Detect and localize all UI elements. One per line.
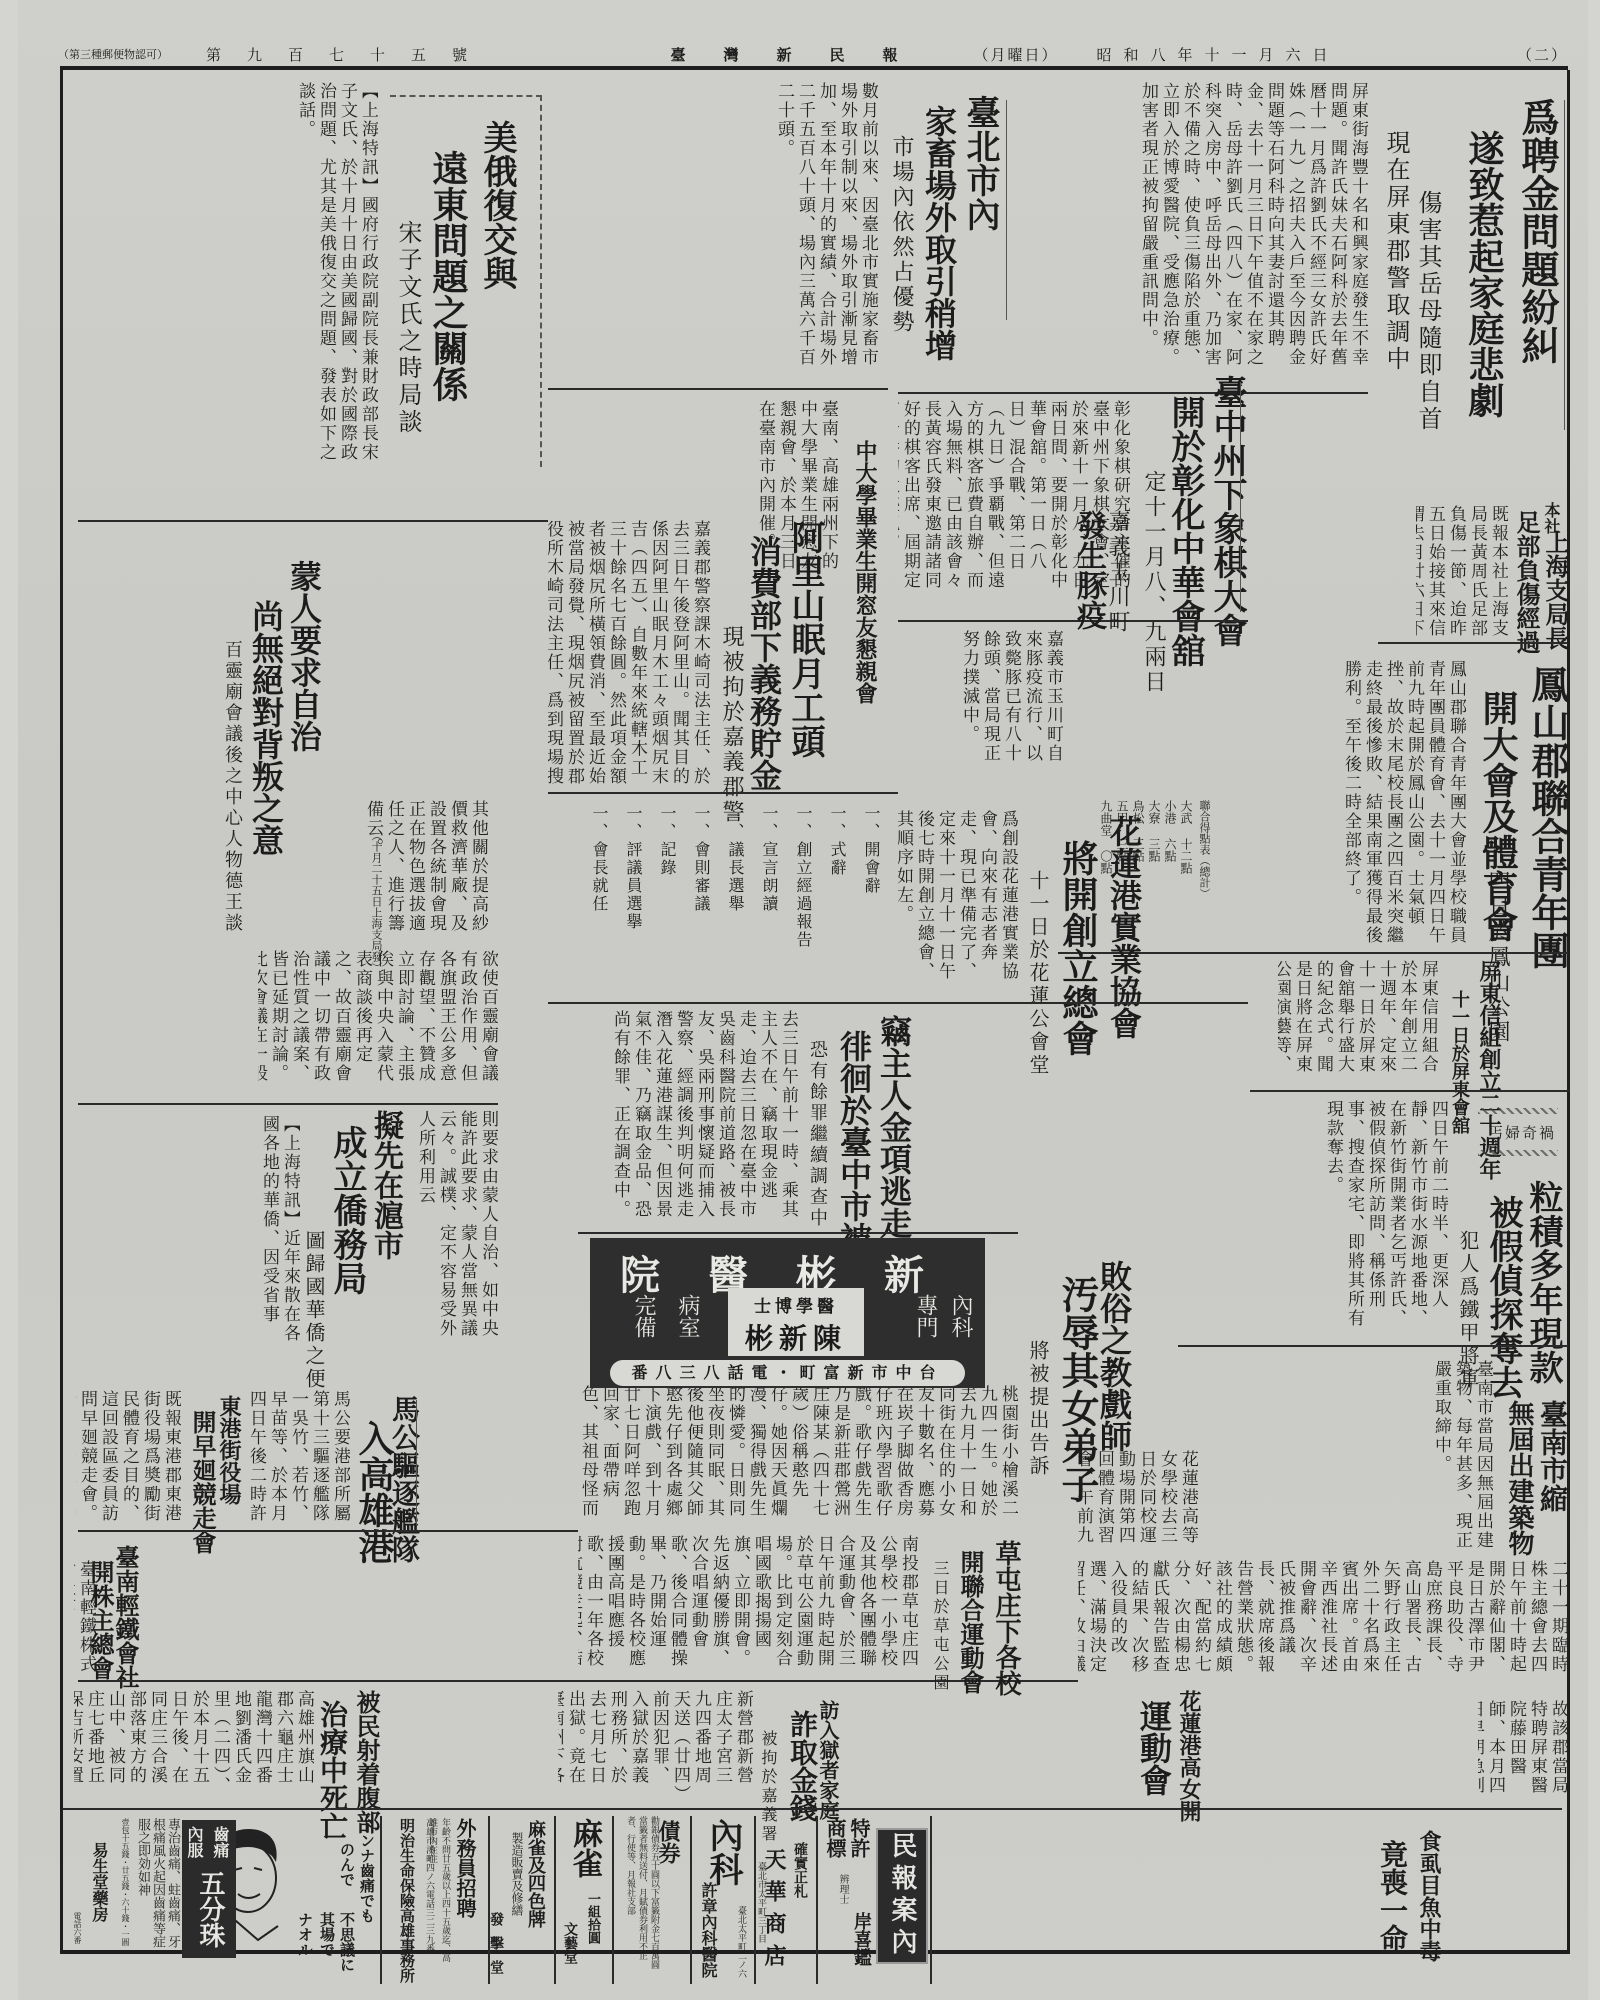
headline-mako-2: 入高雄港 bbox=[356, 1420, 392, 1564]
product-label: 齒痛 內服 五分珠 bbox=[182, 1820, 236, 1958]
headline-tainan-1: 臺南市縮 bbox=[1538, 1400, 1566, 1512]
subhead-chess: 定十一月八、九兩日 bbox=[1142, 470, 1164, 695]
doctor-name: 陳新彬 bbox=[728, 1317, 864, 1357]
headline-opera-1: 敗俗之教戲師 bbox=[1098, 1260, 1130, 1452]
mahjong-headline: 麻雀 bbox=[562, 1818, 606, 1878]
headline-girls-1: 花蓮港高女開 bbox=[1178, 1690, 1200, 1822]
agenda-item: 一、宣言朗讀 bbox=[760, 805, 779, 913]
newspaper-page: （第三種郵便物認可） 第九百七十五號 臺灣新民報 （月曜日） 昭和八年十一月六日… bbox=[18, 0, 1588, 2000]
score-points: 六點 bbox=[1163, 838, 1177, 862]
article-body-autopsy: 故該郡當局特聘屏東醫院藤田醫師、本月四日早朝急到現場、將該死體附於解剖、其結果如… bbox=[1478, 1700, 1568, 1800]
article-body-hualien: 爲創設花蓮港實業協會、向來有志者奔走、現已準備完了、定來十一月十一日午後七時開創… bbox=[898, 810, 1018, 990]
agenda-item: 一、式辭 bbox=[828, 805, 847, 877]
article-body-opera: 桃園街小檜溪二九四一生。她於去九月十一日和同街在住的小女友十數名、應募在崁子脚做… bbox=[578, 1385, 1018, 1525]
score-points: 三點 bbox=[1131, 838, 1145, 862]
score-team: 九曲堂 bbox=[1099, 800, 1113, 836]
ad-meiji-life[interactable]: 外務員招聘 年齡不問廿五歲以上四十五歲迄、高雄市內在住 高雄市湊町四ノ六電話三二… bbox=[386, 1812, 486, 1988]
ad-bonds[interactable]: 債券 勸銀債券五十圓以下富籤附金七百萬圓當籤者無料送付、月賦債券利用不正者、行使… bbox=[616, 1812, 688, 1988]
headline-livestock-1: 臺北市內 bbox=[963, 95, 997, 231]
slogan-line: 不思議に bbox=[337, 1912, 358, 1972]
agenda-item: 一、會長就任 bbox=[590, 805, 609, 913]
product-price: 壹包十五錢・廿五錢・六十錢・一圓 bbox=[120, 1818, 131, 1958]
article-body-anniversary: 屏東信用組合於本年創立二十週年、定來十一日於屏東會舘舉行盛大的紀念式。聞是日將在… bbox=[1278, 960, 1438, 1090]
agenda-item: 一、開會辭 bbox=[862, 805, 881, 895]
slogan-line: 其場で bbox=[317, 1912, 338, 1957]
specialty-1: 內科 bbox=[945, 1294, 976, 1338]
wavy-rule bbox=[1478, 1150, 1558, 1156]
headline-caotun-2: 開聯合運動會 bbox=[958, 1550, 982, 1694]
mahjong-shop: 文藝堂 bbox=[560, 1922, 580, 1964]
product-name: 五分珠 bbox=[192, 1870, 229, 1948]
ad-yishengtang[interactable]: ドンナ齒痛でも のんで 不思議に 其場で ナオル 齒痛 內服 五分珠 專治齒痛、… bbox=[68, 1812, 378, 1988]
divider bbox=[1178, 1345, 1568, 1347]
divider bbox=[1006, 100, 1007, 320]
score-points: 三點 bbox=[1115, 838, 1129, 862]
ad-mahjong-fajing[interactable]: 麻雀及四色牌 製造販賣及修繕 發擊堂 bbox=[492, 1812, 552, 1988]
page-number: （二） bbox=[1517, 44, 1568, 65]
clinic-address: 臺北太平町二ノ六 bbox=[735, 1906, 748, 1978]
article-body-detective: 四日午前二時半、更深人靜、新竹市街水源地番地、在新竹街開業者乞丐許氏、被假偵探所… bbox=[1178, 1100, 1448, 1340]
ad-internal-medicine[interactable]: 內科 許章內科醫院 臺北太平町二ノ六 bbox=[694, 1812, 752, 1988]
ad-tianhua[interactable]: 確實正札 天華商店 臺北市太平町三丁目 bbox=[758, 1812, 814, 1988]
headline-alishan-2: 消費部下義務貯金 bbox=[748, 535, 780, 791]
subhead-livestock: 市場內依然占優勢 bbox=[890, 135, 912, 335]
hualien-agenda: 一、開會辭 一、式辭 一、創立經過報告 一、宣言朗讀 一、議長選舉 一、會則審議… bbox=[578, 805, 888, 995]
issue-number: 第九百七十五號 bbox=[206, 44, 493, 65]
ad-separator bbox=[930, 1816, 932, 1984]
headline-fish-1: 食虱目魚中毒 bbox=[1418, 1830, 1440, 1962]
headline-livestock-2: 家畜場外取引稍增 bbox=[923, 105, 955, 361]
agenda-item: 一、評議員選擧 bbox=[624, 805, 643, 931]
ad-patent[interactable]: 特許 商標 辨理士 岸喜鑑 bbox=[818, 1812, 878, 1988]
score-team: 大武 bbox=[1179, 800, 1193, 824]
article-body-railway: 臺南輕鐵株式會社第 bbox=[74, 1560, 96, 1680]
meiji-headline: 外務員招聘 bbox=[451, 1818, 480, 1918]
score-team: 鳥松 bbox=[1131, 800, 1145, 824]
article-body-chiayi: 嘉義市玉川町自來豚疫流行、以致斃豚已有八十餘頭、當局現正努力撲滅中。 bbox=[898, 630, 1063, 780]
divider bbox=[78, 1103, 498, 1105]
tianhua-tag: 確實正札 bbox=[790, 1842, 810, 1898]
score-table: 聯合得點表（總計） 大武 十二點 小港 六點 大寮 三點 鳥松 三點 五甲 三點… bbox=[1062, 800, 1212, 950]
score-points: 三點 bbox=[1147, 838, 1161, 862]
article-body-shareholders: 二十一期臨時株主總會去四日午前十時起開於辭仙閣、是日古澤市尹平良助役、寺島庶務課… bbox=[1078, 1560, 1568, 1690]
divider bbox=[1378, 642, 1568, 644]
agenda-item: 一、會則審議 bbox=[692, 805, 711, 913]
article-body-shanghai: 既報本社上海支局長黃周氏足部負傷一節、迨昨五日始接其來信謂去月廿六日下午出門欲訪… bbox=[1416, 505, 1508, 645]
meiji-address: 高雄市湊町四ノ六電話三二三九番 bbox=[423, 1818, 436, 1968]
doctor-title: 醫學博士 bbox=[728, 1292, 864, 1317]
clinic-headline: 內科 bbox=[699, 1818, 748, 1886]
facility-2: 完備 bbox=[628, 1294, 659, 1338]
headline-fraud-1: 訪入獄者家庭 bbox=[818, 1700, 838, 1820]
divider bbox=[548, 388, 888, 390]
ad-guide-label[interactable]: 民報案內 bbox=[876, 1828, 928, 1964]
ad-separator bbox=[690, 1816, 692, 1984]
headline-caotun-1: 草屯庄下各校 bbox=[993, 1540, 1019, 1696]
article-body-alishan: 嘉義郡警察課木崎司法主任、於去三日午後登阿里山。聞其目的係因阿里山眠月木工々頭烟… bbox=[548, 520, 710, 790]
divider bbox=[578, 1232, 1018, 1234]
headline-shanghai-1: 上海支局長 bbox=[1543, 530, 1567, 650]
score-table-title: 聯合得點表（總計） bbox=[1196, 800, 1212, 899]
headline-mongol-2: 尚無絕對背叛之意 bbox=[250, 600, 282, 856]
headline-anniversary-1: 屏東信組創立二十週年 bbox=[1478, 960, 1500, 1180]
headline-chess-2: 開於彰化中華會舘 bbox=[1168, 395, 1202, 667]
score-rows: 大武 十二點 小港 六點 大寮 三點 鳥松 三點 五甲 三點 九曲堂 〇點 bbox=[1098, 800, 1194, 874]
newspaper-title: 臺灣新民報 bbox=[670, 44, 935, 65]
mahjong1-body: 製造販賣及修繕 bbox=[509, 1832, 526, 1916]
score-points: 十二點 bbox=[1179, 838, 1193, 874]
tag-beggar: 丐婦奇禍 bbox=[1488, 1122, 1556, 1143]
masthead: （第三種郵便物認可） 第九百七十五號 臺灣新民報 （月曜日） 昭和八年十一月六日… bbox=[58, 42, 1568, 66]
subhead-pingtung-2: 現在屏東郡警取調中 bbox=[1384, 130, 1408, 373]
headline-pig-disease: 發生豚疫 bbox=[1073, 510, 1103, 630]
ad-hospital-address-bar: 台中市新富町・電話八三八番 bbox=[590, 1358, 985, 1388]
subhead-caotun: 三日於草屯公園 bbox=[932, 1560, 948, 1693]
article-body-shot: 高雄州旗山郡六龜庄士龍灣十四番地劉潘氏金里（二四）、於本月十五日午後、在同庄三合… bbox=[74, 1690, 314, 1800]
divider bbox=[78, 1530, 578, 1532]
patent-name: 岸喜鑑 bbox=[848, 1912, 874, 1966]
license-note: （第三種郵便物認可） bbox=[58, 46, 168, 62]
article-body-ocac-3 bbox=[78, 1110, 248, 1350]
subhead-pingtung-1: 傷害其岳母隨即自首 bbox=[1416, 190, 1440, 433]
clinic-name: 許章內科醫院 bbox=[697, 1882, 720, 1978]
headline-donggang-1: 東港街役場 bbox=[218, 1395, 240, 1505]
article-body-fengshan: 鳳山郡聯合青年團大會並學校職員青年團員體育會、去十一月四日午前九時起開於鳳山公園… bbox=[1286, 660, 1466, 950]
ad-separator bbox=[754, 1816, 756, 1984]
headline-pingtung-1: 爲聘金問題紛糾 bbox=[1518, 98, 1556, 364]
ad-separator bbox=[380, 1816, 382, 1984]
ads-top-rule bbox=[62, 1808, 1562, 1810]
article-body-pingtung: 屏東街海豐十名和興家庭發生不幸問題。聞許氏妹夫石阿科於去年舊曆十一月爲許劉氏不經… bbox=[1078, 82, 1368, 382]
score-team: 五甲 bbox=[1115, 800, 1129, 824]
product-headline-1: 齒痛 bbox=[209, 1826, 232, 1858]
headline-girls-2: 運動會 bbox=[1138, 1700, 1170, 1796]
specialty-2: 專門 bbox=[910, 1294, 941, 1338]
location-chiayi: 嘉義玉川町 bbox=[1106, 510, 1128, 635]
divider bbox=[1240, 382, 1241, 612]
article-body-caotun: 南投郡草屯庄四公學校一小學校及其他各團體聯合運動會、於三日午前九時起開於草屯公園… bbox=[578, 1535, 918, 1675]
divider bbox=[898, 392, 1368, 394]
headline-opera-2: 汚辱其女弟子 bbox=[1058, 1275, 1096, 1503]
article-body-tainan: 臺南市當局因無屆出建築物、每年甚多、現正嚴重取締中。 bbox=[1398, 1360, 1493, 1550]
headline-railway-1: 臺南輕鐵會社 bbox=[113, 1545, 137, 1689]
divider bbox=[416, 1400, 417, 1525]
publication-date: 昭和八年十一月六日 bbox=[1097, 44, 1340, 65]
divider bbox=[1250, 1090, 1570, 1092]
article-body-usrussia: 【上海特訊】國府行政院副院長兼財政部長宋子文氏、於十月十日由美國歸國、對於國際政… bbox=[78, 82, 378, 462]
divider bbox=[548, 792, 898, 794]
headline-mongol-1: 蒙人要求自治 bbox=[288, 560, 320, 752]
wavy-rule bbox=[1478, 1108, 1558, 1114]
headline-chess-1: 臺中州下象棋大會 bbox=[1210, 375, 1244, 647]
ad-mahjong-wenyi[interactable]: 麻雀 一組拾圓 文藝堂 bbox=[558, 1812, 612, 1988]
headline-alumni: 中大學畢業生開窓友懇親會 bbox=[854, 440, 876, 704]
subhead-opera: 將被提出告訴 bbox=[1028, 1340, 1048, 1478]
ad-separator bbox=[612, 1816, 614, 1984]
score-team: 大寮 bbox=[1147, 800, 1161, 824]
mahjong-price: 一組拾圓 bbox=[583, 1892, 602, 1944]
headline-ocac-1: 擬先在滬市 bbox=[370, 1110, 400, 1260]
patent-title: 辨理士 bbox=[835, 1874, 850, 1904]
headline-detective-1: 粒積多年現款 bbox=[1526, 1180, 1560, 1384]
divider bbox=[1564, 100, 1565, 430]
slogan-line: のんで bbox=[337, 1842, 358, 1887]
score-points: 〇點 bbox=[1099, 850, 1113, 874]
subhead-mongol: 百靈廟會議後之中心人物德王談 bbox=[223, 640, 241, 934]
headline-anniversary-2: 十一日於屏東會舘 bbox=[1450, 990, 1468, 1134]
doctor-box: 醫學博士 陳新彬 bbox=[728, 1288, 864, 1356]
article-body-mongol-2: 欲使百靈廟會議有政治作用、但各旗盟王公多意存觀望、不贊成立即討論、主張俟與中央入… bbox=[258, 950, 498, 1100]
article-body-ocac: 【上海特訊】近年來散在各國各地的華僑、因受省事變、內外多難、未遑及此。但是僑委會… bbox=[260, 1115, 300, 1345]
article-body-donggang: 既報東港郡東港街役場爲奬勵街民體育之目的、這回設區委員訪問早廻競走會。於四日午後… bbox=[76, 1390, 181, 1530]
tianhua-address: 臺北市太平町三丁目 bbox=[755, 1862, 768, 1943]
headline-fish-2: 竟喪一命 bbox=[1378, 1840, 1406, 1952]
ad-hospital[interactable]: 新彬醫院 內科 專門 病室 完備 醫學博士 陳新彬 bbox=[590, 1238, 985, 1363]
article-body-fraud: 新營郡新營庄太子宮三九四番地周天送（廿四）前因犯罪、入獄於嘉義刑務所、於去七月七… bbox=[558, 1690, 753, 1800]
subhead-thief: 恐有餘罪繼續調查中 bbox=[808, 1040, 826, 1229]
score-team: 小港 bbox=[1163, 800, 1177, 824]
headline-shanghai-2: 足部負傷經過 bbox=[1514, 510, 1538, 654]
facility-1: 病室 bbox=[672, 1294, 703, 1338]
headline-thief-1: 竊主人金項逃走 bbox=[878, 1015, 910, 1239]
subhead-ocac: 圖歸國華僑之便 bbox=[304, 1230, 324, 1391]
agenda-item: 一、創立經過報告 bbox=[794, 805, 813, 949]
headline-pingtung-2: 遂致惹起家庭悲劇 bbox=[1466, 130, 1502, 418]
agenda-item: 一、議長選舉 bbox=[726, 805, 745, 913]
weekday: （月曜日） bbox=[973, 44, 1058, 65]
ad-separator bbox=[488, 1816, 490, 1984]
divider bbox=[78, 1680, 1078, 1682]
product-headline-2: 內服 bbox=[183, 1826, 206, 1858]
subhead-alishan: 現被拘於嘉義郡警 bbox=[720, 625, 742, 825]
headline-ocac-2: 成立僑務局 bbox=[330, 1125, 364, 1295]
meiji-company: 明治生命保險高雄事務所 bbox=[397, 1818, 418, 1983]
divider bbox=[548, 1002, 1248, 1004]
divider bbox=[78, 520, 548, 522]
slogan-line: ドンナ齒痛でも bbox=[357, 1818, 378, 1923]
headline-alishan-1: 阿里山眠月工頭 bbox=[788, 520, 822, 758]
article-body-thief: 去三日午前十一時、乘其主人不在、竊取現金逃走、迨去三日忽在臺中市吳齒科醫院前道路… bbox=[578, 1010, 798, 1230]
headline-fengshan-1: 鳳山郡聯合青年團 bbox=[1528, 665, 1566, 969]
headline-donggang-2: 開早廻競走會 bbox=[190, 1410, 214, 1554]
headline-tainan-2: 無屆出建築物 bbox=[1506, 1400, 1532, 1556]
slogan-line: ナオル bbox=[295, 1912, 316, 1957]
company-phone: 電話六番 bbox=[72, 1912, 83, 1944]
ad-separator bbox=[816, 1816, 818, 1984]
article-body-mako: 馬公要港部所屬第十三驅逐艦隊一吳竹、若竹、早苗等、於本月四日午後二時許入高雄港豫… bbox=[250, 1390, 350, 1540]
article-body-ocac-2: 則要求由蒙人自治、如中央能許此要求、蒙人當無異議云々。誠樸、定不容易受外人所利用… bbox=[418, 1110, 498, 1350]
agenda-item: 一、記錄 bbox=[658, 805, 677, 877]
ad-separator bbox=[554, 1816, 556, 1984]
article-body-livestock: 數月前以來、因臺北市實施家畜市場外取引制以來、場外取引漸見增加、至本年十月的實績… bbox=[548, 82, 878, 382]
product-body: 專治齒痛、蛀齒痛、牙根痛風火起因齒痛等症服之即効如神 bbox=[134, 1818, 180, 1958]
subhead-hualien: 十一日於花蓮公會堂 bbox=[1028, 870, 1048, 1077]
patent-headline-2: 商標 bbox=[821, 1818, 850, 1858]
headline-fraud-2: 詐取金錢 bbox=[788, 1710, 816, 1822]
headline-frame bbox=[390, 95, 542, 467]
company-name: 易生堂藥房 bbox=[88, 1842, 111, 1922]
bonds-body: 勸銀債券五十圓以下富籤附金七百萬圓當籤者無料送付、月賦債券利用不正者、行使等、月… bbox=[624, 1816, 660, 1976]
hospital-address: 台中市新富町・電話八三八番 bbox=[610, 1360, 965, 1386]
